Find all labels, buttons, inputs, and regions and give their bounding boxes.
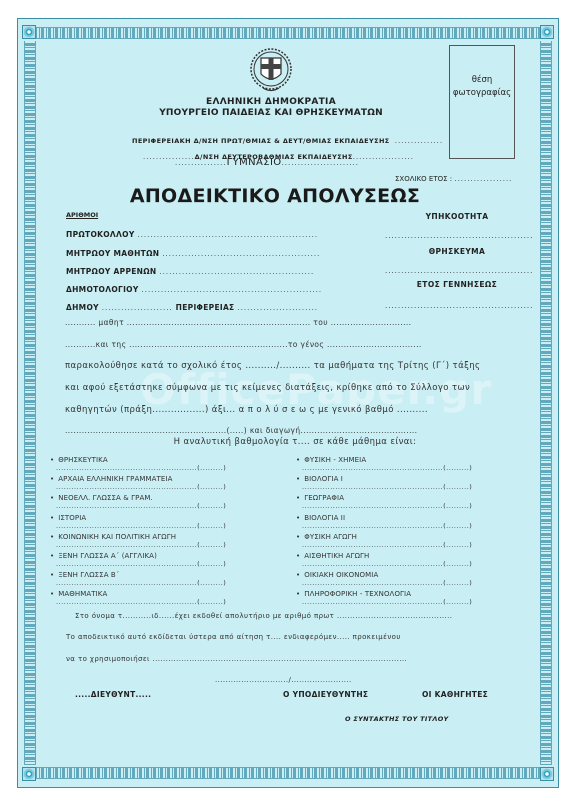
bullet-icon: • <box>50 475 54 483</box>
subject-name: •ΒΙΟΛΟΓΙΑ Ι <box>296 475 536 483</box>
citizenship-field[interactable]: ........................................… <box>385 232 533 240</box>
student-registry-label: ΜΗΤΡΩΟΥ ΜΑΘΗΤΩΝ <box>66 249 159 258</box>
subject-grade-field[interactable]: ........................................… <box>302 560 472 568</box>
subject-grade-field[interactable]: ........................................… <box>56 483 226 491</box>
school-year-field[interactable]: .................. <box>454 175 512 183</box>
subject-name: •ΚΟΙΝΩΝΙΚΗ ΚΑΙ ΠΟΛΙΤΙΚΗ ΑΓΩΓΗ <box>50 533 290 541</box>
subject-item: •ΜΑΘΗΜΑΤΙΚΑ.............................… <box>50 590 290 609</box>
greek-coat-of-arms-icon <box>247 46 295 94</box>
bullet-icon: • <box>50 533 54 541</box>
student-registry-field[interactable]: ........................................… <box>162 250 320 258</box>
numbers-heading: ΑΡΙΘΜΟΙ <box>66 211 98 219</box>
school-field[interactable]: ........................ <box>282 159 359 167</box>
municipal-registry-row: ΔΗΜΟΤΟΛΟΓΙΟΥ ...........................… <box>66 285 322 294</box>
subject-item: •ΚΟΙΝΩΝΙΚΗ ΚΑΙ ΠΟΛΙΤΙΚΗ ΑΓΩΓΗ...........… <box>50 533 290 552</box>
corner-rosette-icon <box>540 25 554 39</box>
birth-year-field[interactable]: ........................................… <box>385 302 533 310</box>
school-year-label: ΣΧΟΛΙΚΟ ΕΤΟΣ : <box>395 175 452 183</box>
teachers-signature-label: ΟΙ ΚΑΘΗΓΗΤΕΣ <box>422 690 488 699</box>
municipality-field[interactable]: ...................... <box>102 304 173 312</box>
subject-name: •ΟΙΚΙΑΚΗ ΟΙΚΟΝΟΜΙΑ <box>296 571 536 579</box>
subject-item: •ΑΡΧΑΙΑ ΕΛΛΗΝΙΚΗ ΓΡΑΜΜΑΤΕΙΑ.............… <box>50 475 290 494</box>
usage-purpose-line[interactable]: να το χρησιμοποιήσει ...................… <box>66 655 407 663</box>
region-field[interactable]: ......................... <box>237 304 318 312</box>
subject-item: •ΞΕΝΗ ΓΛΩΣΣΑ Β΄.........................… <box>50 571 290 590</box>
subject-item: •ΒΙΟΛΟΓΙΑ Ι.............................… <box>296 475 536 494</box>
photo-label: θέση <box>450 74 514 87</box>
subjects-left-column: •ΘΡΗΣΚΕΥΤΙΚΑ............................… <box>50 456 290 610</box>
subject-name: •ΑΙΣΘΗΤΙΚΗ ΑΓΩΓΗ <box>296 552 536 560</box>
subject-label: ΑΙΣΘΗΤΙΚΗ ΑΓΩΓΗ <box>304 552 369 560</box>
subject-grade-field[interactable]: ........................................… <box>302 598 472 606</box>
attendance-line: παρακολούθησε κατά το σχολικό έτος .....… <box>65 361 530 371</box>
school-prefix-field[interactable]: ................ <box>175 159 227 167</box>
subject-label: ΘΡΗΣΚΕΥΤΙΚΑ <box>58 456 108 464</box>
subject-grade-field[interactable]: ........................................… <box>302 483 472 491</box>
subject-grade-field[interactable]: ........................................… <box>56 560 226 568</box>
protocol-number-row: ΠΡΩΤΟΚΟΛΛΟΥ ............................… <box>66 230 318 239</box>
photo-label: φωτογραφίας <box>450 87 514 100</box>
male-registry-label: ΜΗΤΡΩΟΥ ΑΡΡΕΝΩΝ <box>66 267 157 276</box>
male-registry-row: ΜΗΤΡΩΟΥ ΑΡΡΕΝΩΝ ........................… <box>66 267 314 276</box>
subjects-right-column: •ΦΥΣΙΚΗ - ΧΗΜΕΙΑ........................… <box>296 456 536 610</box>
subject-label: ΙΣΤΟΡΙΑ <box>58 514 86 522</box>
conduct-line[interactable]: ........................................… <box>65 426 530 435</box>
secondary-directorate-field[interactable]: ................... <box>353 153 414 161</box>
subject-name: •ΙΣΤΟΡΙΑ <box>50 514 290 522</box>
school-label: ΓΥΜΝΑΣΙΟ <box>227 157 282 168</box>
diploma-issued-line[interactable]: Στο όνομα τ...........ιδ......έχει εκδοθ… <box>75 612 452 620</box>
subject-item: •ΑΙΣΘΗΤΙΚΗ ΑΓΩΓΗ........................… <box>296 552 536 571</box>
subject-label: ΠΛΗΡΟΦΟΡΙΚΗ - ΤΕΧΝΟΛΟΓΙΑ <box>304 590 411 598</box>
bullet-icon: • <box>296 533 300 541</box>
subject-grade-field[interactable]: ........................................… <box>302 502 472 510</box>
bullet-icon: • <box>50 571 54 579</box>
municipal-registry-field[interactable]: ........................................… <box>142 286 323 294</box>
subject-name: •ΞΕΝΗ ΓΛΩΣΣΑ Β΄ <box>50 571 290 579</box>
subject-grade-field[interactable]: ........................................… <box>56 522 226 530</box>
ministry-name: ΥΠΟΥΡΓΕΙΟ ΠΑΙΔΕΙΑΣ ΚΑΙ ΘΡΗΣΚΕΥΜΑΤΩΝ <box>100 108 442 118</box>
student-registry-row: ΜΗΤΡΩΟΥ ΜΑΘΗΤΩΝ ........................… <box>66 249 320 258</box>
deputy-director-signature-label: Ο ΥΠΟΔΙΕΥΘΥΝΤΗΣ <box>283 690 368 699</box>
subject-name: •ΞΕΝΗ ΓΛΩΣΣΑ Α΄ (ΑΓΓΛΙΚΑ) <box>50 552 290 560</box>
subject-label: ΑΡΧΑΙΑ ΕΛΛΗΝΙΚΗ ΓΡΑΜΜΑΤΕΙΑ <box>58 475 172 483</box>
municipal-registry-label: ΔΗΜΟΤΟΛΟΓΙΟΥ <box>66 285 139 294</box>
subject-item: •ΙΣΤΟΡΙΑ................................… <box>50 514 290 533</box>
subject-label: ΒΙΟΛΟΓΙΑ ΙΙ <box>304 514 345 522</box>
bullet-icon: • <box>50 552 54 560</box>
subject-label: ΝΕΟΕΛΛ. ΓΛΩΣΣΑ & ΓΡΑΜ. <box>58 494 153 502</box>
subject-label: ΟΙΚΙΑΚΗ ΟΙΚΟΝΟΜΙΑ <box>304 571 378 579</box>
student-name-line[interactable]: ........... μαθητ ......................… <box>65 318 530 327</box>
subject-name: •ΒΙΟΛΟΓΙΑ ΙΙ <box>296 514 536 522</box>
subject-label: ΦΥΣΙΚΗ - ΧΗΜΕΙΑ <box>304 456 366 464</box>
municipality-label: ΔΗΜΟΥ <box>66 303 99 312</box>
religion-field[interactable]: ........................................… <box>385 267 533 275</box>
region-label: ΠΕΡΙΦΕΡΕΙΑΣ <box>176 303 235 312</box>
bullet-icon: • <box>296 552 300 560</box>
photo-placeholder: θέση φωτογραφίας <box>449 45 515 159</box>
bullet-icon: • <box>296 514 300 522</box>
country-name: ΕΛΛΗΝΙΚΗ ΔΗΜΟΚΡΑΤΙΑ <box>100 97 442 107</box>
subject-grade-field[interactable]: ........................................… <box>302 464 472 472</box>
subject-name: •ΜΑΘΗΜΑΤΙΚΑ <box>50 590 290 598</box>
subject-label: ΦΥΣΙΚΗ ΑΓΩΓΗ <box>304 533 357 541</box>
bullet-icon: • <box>296 590 300 598</box>
greek-key-border-left <box>24 41 36 765</box>
subject-item: •ΠΛΗΡΟΦΟΡΙΚΗ - ΤΕΧΝΟΛΟΓΙΑ...............… <box>296 590 536 609</box>
male-registry-field[interactable]: ........................................… <box>159 268 314 276</box>
school-line: ................ΓΥΜΝΑΣΙΟ................… <box>175 157 359 168</box>
subject-item: •ΝΕΟΕΛΛ. ΓΛΩΣΣΑ & ΓΡΑΜ..................… <box>50 494 290 513</box>
subject-label: ΞΕΝΗ ΓΛΩΣΣΑ Β΄ <box>58 571 119 579</box>
subject-label: ΚΟΙΝΩΝΙΚΗ ΚΑΙ ΠΟΛΙΤΙΚΗ ΑΓΩΓΗ <box>58 533 176 541</box>
subject-name: •ΠΛΗΡΟΦΟΡΙΚΗ - ΤΕΧΝΟΛΟΓΙΑ <box>296 590 536 598</box>
date-place-field[interactable]: ............................/...........… <box>215 676 352 684</box>
request-line: Το αποδεικτικό αυτό εκδίδεται ύστερα από… <box>66 633 401 641</box>
subject-item: •ΓΕΩΓΡΑΦΙΑ..............................… <box>296 494 536 513</box>
compiler-signature-label: Ο ΣΥΝΤΑΚΤΗΣ ΤΟΥ ΤΙΤΛΟΥ <box>345 715 449 723</box>
corner-rosette-icon <box>540 767 554 781</box>
citizenship-label: ΥΠΗΚΟΟΤΗΤΑ <box>382 212 532 221</box>
subject-label: ΜΑΘΗΜΑΤΙΚΑ <box>58 590 107 598</box>
subject-item: •ΦΥΣΙΚΗ ΑΓΩΓΗ...........................… <box>296 533 536 552</box>
greek-key-border-top <box>32 27 544 39</box>
subject-name: •ΓΕΩΓΡΑΦΙΑ <box>296 494 536 502</box>
graduation-grade-line[interactable]: καθηγητών (πράξη.................) άξι..… <box>65 405 530 415</box>
bullet-icon: • <box>296 456 300 464</box>
subject-item: •ΒΙΟΛΟΓΙΑ ΙΙ............................… <box>296 514 536 533</box>
subject-grade-field[interactable]: ........................................… <box>56 502 226 510</box>
parents-line[interactable]: ...........και της .....................… <box>65 340 530 349</box>
subject-name: •ΘΡΗΣΚΕΥΤΙΚΑ <box>50 456 290 464</box>
corner-rosette-icon <box>22 25 36 39</box>
municipality-region-row: ΔΗΜΟΥ ...................... ΠΕΡΙΦΕΡΕΙΑΣ… <box>66 303 318 312</box>
bullet-icon: • <box>50 590 54 598</box>
subject-label: ΒΙΟΛΟΓΙΑ Ι <box>304 475 343 483</box>
grades-heading: Η αναλυτική βαθμολογία τ.... σε κάθε μάθ… <box>100 437 490 447</box>
school-year-line: ΣΧΟΛΙΚΟ ΕΤΟΣ : .................. <box>395 175 512 183</box>
protocol-number-field[interactable]: ........................................… <box>137 231 318 239</box>
subject-name: •ΝΕΟΕΛΛ. ΓΛΩΣΣΑ & ΓΡΑΜ. <box>50 494 290 502</box>
subject-item: •ΞΕΝΗ ΓΛΩΣΣΑ Α΄ (ΑΓΓΛΙΚΑ)...............… <box>50 552 290 571</box>
subject-grade-field[interactable]: ........................................… <box>302 541 472 549</box>
corner-rosette-icon <box>22 767 36 781</box>
examination-line: και αφού εξετάστηκε σύμφωνα με τις κείμε… <box>65 383 530 393</box>
greek-key-border-bottom <box>32 767 544 779</box>
bullet-icon: • <box>296 494 300 502</box>
greek-key-border-right <box>540 41 552 765</box>
religion-label: ΘΡΗΣΚΕΥΜΑ <box>382 247 532 256</box>
subject-label: ΞΕΝΗ ΓΛΩΣΣΑ Α΄ (ΑΓΓΛΙΚΑ) <box>58 552 157 560</box>
subject-grade-field[interactable]: ........................................… <box>56 541 226 549</box>
subject-name: •ΦΥΣΙΚΗ - ΧΗΜΕΙΑ <box>296 456 536 464</box>
bullet-icon: • <box>296 475 300 483</box>
subject-name: •ΦΥΣΙΚΗ ΑΓΩΓΗ <box>296 533 536 541</box>
bullet-icon: • <box>296 571 300 579</box>
subject-item: •ΟΙΚΙΑΚΗ ΟΙΚΟΝΟΜΙΑ......................… <box>296 571 536 590</box>
subject-item: •ΦΥΣΙΚΗ - ΧΗΜΕΙΑ........................… <box>296 456 536 475</box>
subject-grade-field[interactable]: ........................................… <box>302 522 472 530</box>
bullet-icon: • <box>50 456 54 464</box>
subject-name: •ΑΡΧΑΙΑ ΕΛΛΗΝΙΚΗ ΓΡΑΜΜΑΤΕΙΑ <box>50 475 290 483</box>
bullet-icon: • <box>50 494 54 502</box>
subject-label: ΓΕΩΓΡΑΦΙΑ <box>304 494 344 502</box>
subject-grade-field[interactable]: ........................................… <box>56 598 226 606</box>
bullet-icon: • <box>50 514 54 522</box>
subject-grade-field[interactable]: ........................................… <box>56 464 226 472</box>
subject-grade-field[interactable]: ........................................… <box>56 579 226 587</box>
subject-item: •ΘΡΗΣΚΕΥΤΙΚΑ............................… <box>50 456 290 475</box>
protocol-number-label: ΠΡΩΤΟΚΟΛΛΟΥ <box>66 230 135 239</box>
birth-year-label: ΕΤΟΣ ΓΕΝΝΗΣΕΩΣ <box>382 280 532 289</box>
subject-grade-field[interactable]: ........................................… <box>302 579 472 587</box>
document-title: ΑΠΟΔΕΙΚΤΙΚΟ ΑΠΟΛΥΣΕΩΣ <box>100 185 450 207</box>
director-signature-label: .....ΔΙΕΥΘΥΝΤ..... <box>75 690 151 699</box>
